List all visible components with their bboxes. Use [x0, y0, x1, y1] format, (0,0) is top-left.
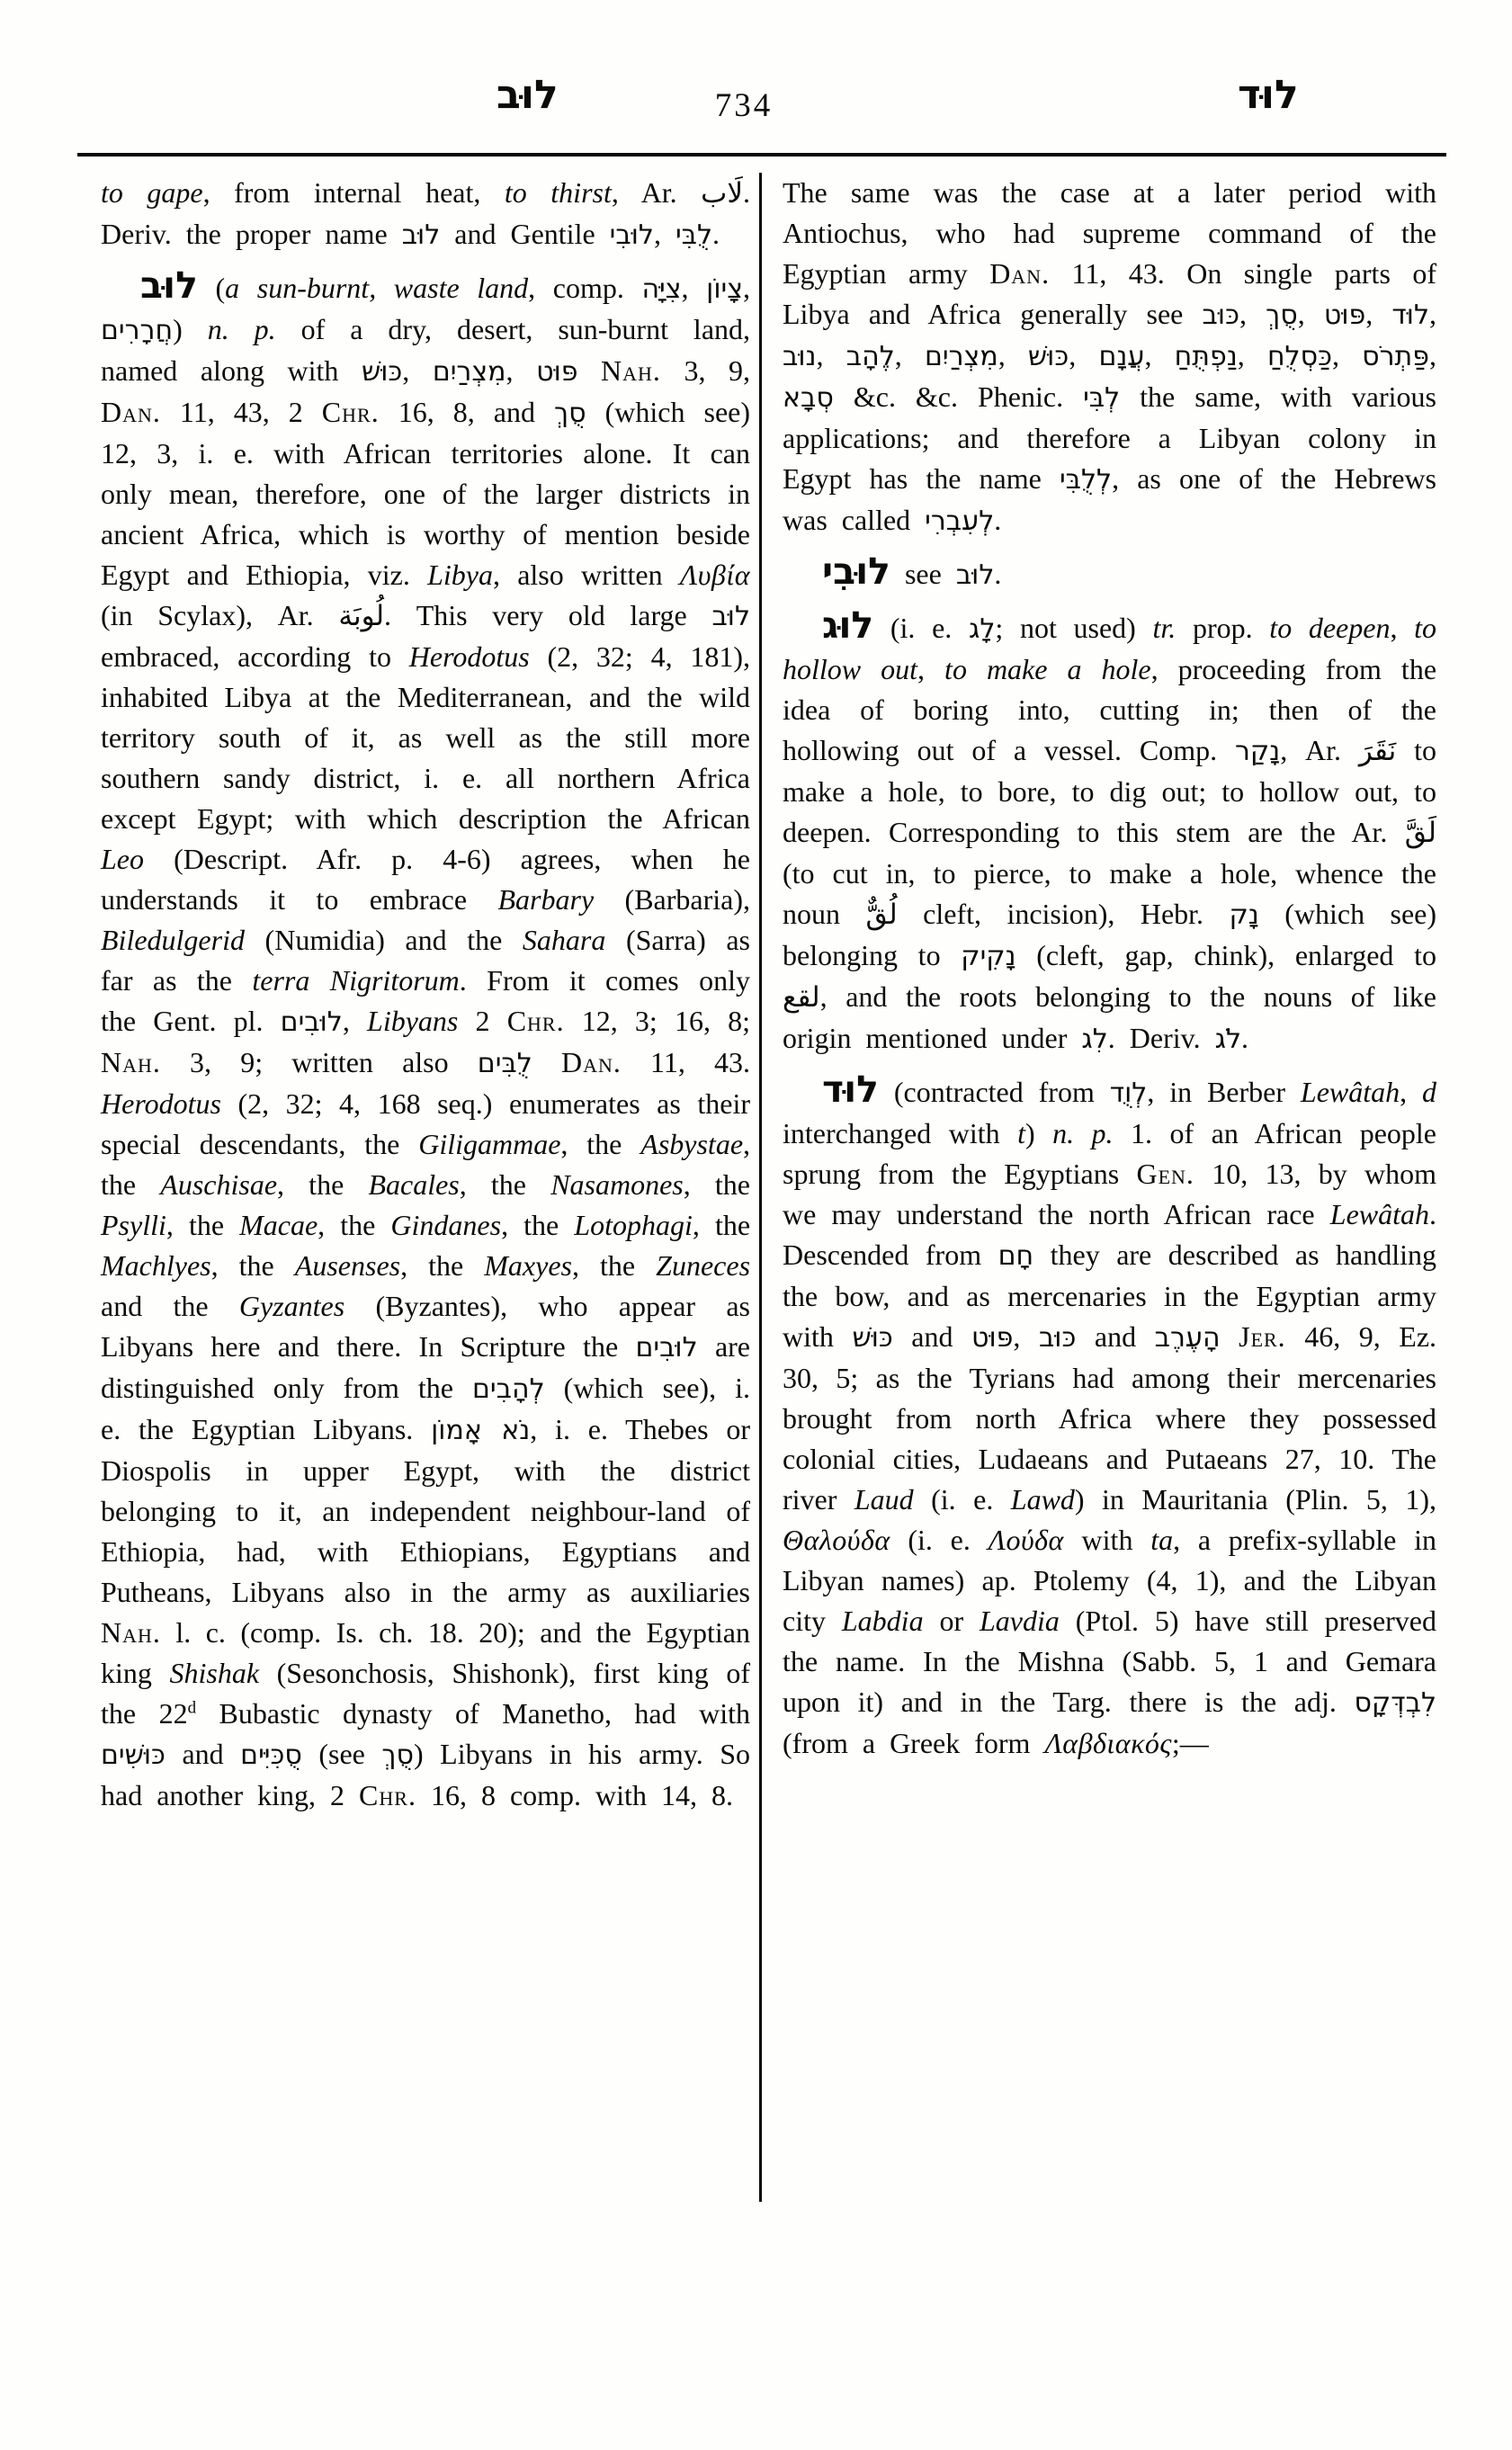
hebrew-text: כּוּשִׁים — [101, 1739, 166, 1771]
page-header: לוּב 734 לוּד — [0, 70, 1512, 142]
hebrew-text: נָקִיק — [961, 941, 1015, 972]
italic-text: Machlyes — [101, 1249, 211, 1282]
hebrew-text: פּוּט — [971, 1322, 1013, 1354]
italic-text: tr. — [1153, 612, 1176, 644]
italic-text: Ausenses — [295, 1249, 400, 1282]
hebrew-text: לְלֻבִּי — [1060, 464, 1112, 496]
greek-text: Λυβία — [680, 559, 750, 591]
smallcaps-reference: Nah. — [101, 1616, 161, 1649]
hebrew-text: כַּסְלֻחַ — [1267, 341, 1332, 372]
smallcaps-reference: Jer. — [1239, 1320, 1286, 1353]
hebrew-headword: לוּב — [140, 264, 198, 307]
hebrew-text: כּוּב — [1039, 1322, 1076, 1354]
hebrew-text: לוּב — [402, 219, 441, 251]
hebrew-text: לֹג — [1215, 1024, 1241, 1055]
italic-text: Lotophagi — [574, 1209, 693, 1241]
italic-text: t — [1017, 1117, 1025, 1149]
smallcaps-reference: Dan. — [989, 257, 1050, 290]
hebrew-text: לִבְדְּקָס — [1354, 1687, 1436, 1719]
italic-text: Maxyes — [484, 1249, 572, 1282]
greek-text: Λούδα — [989, 1524, 1064, 1556]
hebrew-text: צִיָּה — [641, 273, 681, 305]
hebrew-text: סֻךְ — [381, 1739, 414, 1771]
entry-lubi-crossref: לוּבִי see לוּב. — [783, 553, 1436, 595]
hebrew-text: לְוֻד — [1110, 1077, 1148, 1109]
hebrew-text: לוּב — [711, 601, 750, 632]
smallcaps-reference: Dan. — [561, 1046, 622, 1078]
hebrew-text: נַפְתֻּחַ — [1175, 341, 1238, 372]
italic-text: Laud — [854, 1483, 914, 1516]
italic-text: Auschisae — [160, 1168, 277, 1201]
hebrew-text: לוּבִי — [610, 219, 654, 251]
hebrew-headword: לוּד — [822, 1068, 879, 1111]
hebrew-text: לוּד — [1391, 300, 1429, 331]
hebrew-text: עֲנָם — [1098, 341, 1144, 372]
italic-text: d — [1422, 1076, 1436, 1108]
italic-text: Sahara — [523, 924, 605, 956]
arabic-text: لَقَّ — [1405, 817, 1436, 849]
hebrew-text: נָק — [1230, 899, 1259, 931]
hebrew-text: נָקַר — [1235, 736, 1280, 767]
superscript-text: d — [188, 1698, 197, 1717]
italic-text: Zuneces — [656, 1249, 750, 1282]
italic-text: n. p. — [1052, 1117, 1113, 1149]
italic-text: Lewâtah — [1301, 1076, 1400, 1108]
smallcaps-reference: Chr. — [507, 1005, 565, 1037]
arabic-text: لَاب — [701, 177, 743, 210]
italic-text: to thirst — [505, 176, 612, 209]
column-divider — [759, 173, 762, 2202]
hebrew-text: לְעִבְרִי — [925, 505, 994, 537]
entry-continuation-lub-root: to gape, from internal heat, to thirst, … — [101, 173, 750, 255]
hebrew-text: הָעֶרֶב — [1155, 1322, 1221, 1354]
hebrew-text: נוּב — [783, 341, 817, 372]
italic-text: a sun-burnt, waste land — [225, 272, 528, 304]
hebrew-text: סֻכִּיִּים — [240, 1739, 302, 1771]
hebrew-text: לוּב — [956, 559, 995, 591]
hebrew-text: לְהָבִים — [472, 1373, 545, 1405]
smallcaps-reference: Chr. — [359, 1779, 416, 1811]
italic-text: Giligammae — [418, 1128, 560, 1160]
italic-text: ta — [1150, 1524, 1173, 1556]
hebrew-text: חֲרָרִים — [101, 315, 173, 346]
italic-text: Asbystae — [640, 1128, 743, 1160]
italic-text: n. p. — [208, 313, 276, 345]
text-columns: to gape, from internal heat, to thirst, … — [101, 173, 1439, 2202]
hebrew-text: מִצְרַיִם — [925, 341, 998, 372]
hebrew-text: לִג — [1081, 1024, 1107, 1055]
italic-text: terra Nigritorum — [252, 964, 459, 997]
hebrew-text: סֻךְ — [554, 398, 586, 429]
page: לוּב 734 לוּד to gape, from internal hea… — [0, 0, 1512, 2450]
smallcaps-reference: Chr. — [322, 396, 380, 428]
arabic-text: نَقَرَ — [1359, 735, 1396, 767]
italic-text: Leo — [101, 843, 144, 875]
italic-text: Libya — [427, 559, 493, 591]
hebrew-text: נֹא אָמוֹן — [431, 1415, 530, 1446]
entry-continuation-antiochus: The same was the case at a later period … — [783, 173, 1436, 541]
hebrew-text: פַּתְרֹס — [1362, 341, 1429, 372]
italic-text: Herodotus — [409, 640, 530, 673]
entry-lud: לוּד (contracted from לְוֻד, in Berber L… — [783, 1071, 1436, 1764]
hebrew-text: צָיוֹן — [706, 273, 743, 305]
hebrew-headword: לוּבִי — [822, 550, 890, 593]
hebrew-text: כּוּשׁ — [1028, 341, 1069, 372]
right-column: The same was the case at a later period … — [783, 173, 1436, 1764]
hebrew-text: כּוּשׁ — [362, 356, 402, 388]
italic-text: Barbary — [497, 883, 594, 916]
entry-lug: לוּג (i. e. לָג; not used) tr. prop. to … — [783, 607, 1436, 1060]
hebrew-text: חָם — [998, 1240, 1034, 1272]
header-word-left: לוּב — [497, 72, 559, 118]
hebrew-text: לֻבִּי — [675, 219, 712, 251]
hebrew-text: לֶהָב — [846, 341, 895, 372]
arabic-text: لُقٌّ — [865, 899, 897, 931]
page-number: 734 — [676, 86, 811, 125]
italic-text: to gape — [101, 176, 203, 209]
arabic-text: لُوبَة — [338, 600, 384, 632]
hebrew-text: לְבִּי — [1083, 382, 1120, 414]
italic-text: Bacales — [368, 1168, 459, 1201]
italic-text: Gyzantes — [239, 1290, 344, 1322]
italic-text: Lewâtah — [1330, 1198, 1429, 1230]
italic-text: Gindanes — [390, 1209, 501, 1241]
italic-text: Macae — [239, 1209, 318, 1241]
hebrew-text: כּוּשׁ — [852, 1322, 892, 1354]
greek-text: Λαβδιακός — [1044, 1727, 1171, 1759]
arabic-text: لقع — [783, 981, 820, 1014]
header-rule — [77, 153, 1446, 156]
italic-text: Shishak — [169, 1657, 259, 1689]
italic-text: Labdia — [842, 1605, 924, 1637]
italic-text: Lavdia — [980, 1605, 1060, 1637]
header-word-right: לוּד — [1238, 72, 1299, 118]
italic-text: to make a hole — [944, 653, 1151, 685]
smallcaps-reference: Gen. — [1136, 1158, 1194, 1190]
hebrew-text: לוּבִים — [635, 1332, 697, 1364]
hebrew-text: מִצְרַיִם — [433, 356, 506, 388]
hebrew-text: לָג — [969, 613, 995, 645]
smallcaps-reference: Nah. — [601, 354, 661, 387]
italic-text: Biledulgerid — [101, 924, 245, 956]
italic-text: to deepen — [1269, 612, 1390, 644]
hebrew-text: פּוּט — [536, 356, 577, 388]
italic-text: Herodotus — [101, 1087, 221, 1120]
entry-lub: לוּב (a sun-burnt, waste land, comp. צִי… — [101, 267, 750, 1816]
smallcaps-reference: Dan. — [101, 396, 161, 428]
italic-text: Lawd — [1011, 1483, 1075, 1516]
italic-text: Libyans — [367, 1005, 458, 1037]
hebrew-text: כּוּב — [1203, 300, 1239, 331]
smallcaps-reference: Nah. — [101, 1046, 161, 1078]
hebrew-text: פּוּט — [1324, 300, 1365, 331]
italic-text: Nasamones — [550, 1168, 684, 1201]
hebrew-text: לֻבִּים — [478, 1048, 532, 1079]
left-column: to gape, from internal heat, to thirst, … — [101, 173, 750, 1816]
hebrew-text: סֻךְ — [1266, 300, 1298, 331]
hebrew-text: סְבָא — [783, 382, 834, 414]
greek-text: Θαλούδα — [783, 1524, 890, 1556]
hebrew-text: לוּבִים — [281, 1006, 343, 1038]
italic-text: Psylli — [101, 1209, 166, 1241]
hebrew-headword: לוּג — [822, 604, 873, 647]
